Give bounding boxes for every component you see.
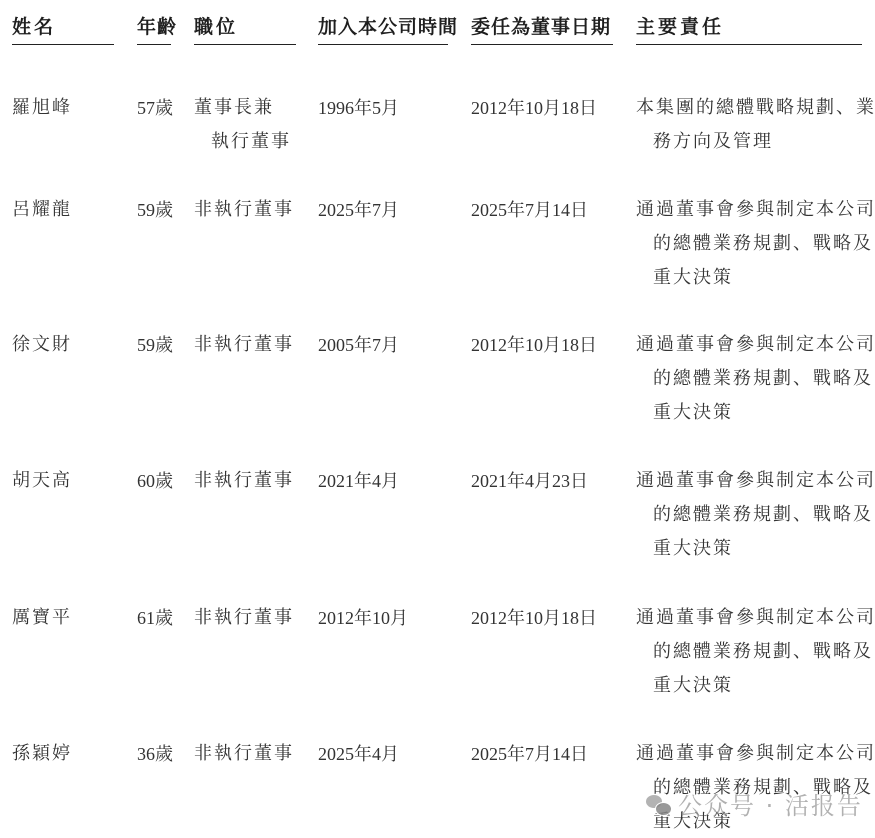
header-name: 姓名	[12, 14, 114, 45]
cell-age: 36歲	[137, 737, 173, 771]
responsibility-line: 的總體業務規劃、戰略及	[636, 498, 875, 532]
cell-responsibilities: 通過董事會參與制定本公司 的總體業務規劃、戰略及 重大決策	[636, 328, 875, 430]
cell-appointed: 2012年10月18日	[471, 328, 597, 362]
cell-position: 非執行董事	[194, 328, 294, 362]
watermark-text: 公众号 · 活报告	[678, 792, 863, 820]
document-page: 姓名 年齡 職位 加入本公司時間 委任為董事日期 主要責任 羅旭峰 57歲 董事…	[0, 0, 875, 838]
cell-position: 董事長兼 執行董事	[194, 91, 291, 159]
cell-responsibilities: 通過董事會參與制定本公司 的總體業務規劃、戰略及 重大決策	[636, 464, 875, 566]
position-line: 執行董事	[194, 125, 291, 159]
cell-joined: 2005年7月	[318, 328, 399, 362]
cell-name: 厲寶平	[12, 601, 72, 635]
cell-name: 徐文財	[12, 328, 72, 362]
cell-age: 57歲	[137, 91, 173, 125]
watermark: 公众号 · 活报告	[646, 786, 863, 821]
responsibility-line: 的總體業務規劃、戰略及	[636, 635, 875, 669]
header-appointed: 委任為董事日期	[471, 14, 613, 45]
header-joined: 加入本公司時間	[318, 14, 448, 45]
position-line: 非執行董事	[194, 328, 294, 362]
cell-joined: 2012年10月	[318, 601, 408, 635]
cell-name: 胡天高	[12, 464, 72, 498]
position-line: 非執行董事	[194, 464, 294, 498]
cell-appointed: 2012年10月18日	[471, 91, 597, 125]
responsibility-line: 的總體業務規劃、戰略及	[636, 362, 875, 396]
cell-appointed: 2025年7月14日	[471, 737, 588, 771]
cell-age: 60歲	[137, 464, 173, 498]
position-line: 非執行董事	[194, 737, 294, 771]
cell-joined: 2025年7月	[318, 193, 399, 227]
cell-joined: 2021年4月	[318, 464, 399, 498]
cell-joined: 2025年4月	[318, 737, 399, 771]
cell-joined: 1996年5月	[318, 91, 399, 125]
cell-responsibilities: 通過董事會參與制定本公司 的總體業務規劃、戰略及 重大決策	[636, 193, 875, 295]
cell-position: 非執行董事	[194, 737, 294, 771]
cell-age: 59歲	[137, 193, 173, 227]
responsibility-line: 重大決策	[636, 532, 875, 566]
position-line: 非執行董事	[194, 193, 294, 227]
cell-position: 非執行董事	[194, 464, 294, 498]
responsibility-line: 通過董事會參與制定本公司	[636, 193, 875, 227]
cell-responsibilities: 通過董事會參與制定本公司 的總體業務規劃、戰略及 重大決策	[636, 601, 875, 703]
position-line: 非執行董事	[194, 601, 294, 635]
cell-appointed: 2025年7月14日	[471, 193, 588, 227]
cell-age: 59歲	[137, 328, 173, 362]
responsibility-line: 重大決策	[636, 669, 875, 703]
responsibility-line: 通過董事會參與制定本公司	[636, 601, 875, 635]
header-age: 年齡	[137, 14, 171, 45]
cell-name: 孫穎婷	[12, 737, 72, 771]
header-position: 職位	[194, 14, 296, 45]
position-line: 董事長兼	[194, 91, 291, 125]
responsibility-line: 重大決策	[636, 396, 875, 430]
cell-appointed: 2021年4月23日	[471, 464, 588, 498]
cell-position: 非執行董事	[194, 601, 294, 635]
wechat-icon	[646, 795, 672, 817]
responsibility-line: 務方向及管理	[636, 125, 875, 159]
cell-name: 呂耀龍	[12, 193, 72, 227]
cell-position: 非執行董事	[194, 193, 294, 227]
cell-age: 61歲	[137, 601, 173, 635]
responsibility-line: 本集團的總體戰略規劃、業	[636, 91, 875, 125]
responsibility-line: 重大決策	[636, 261, 875, 295]
responsibility-line: 的總體業務規劃、戰略及	[636, 227, 875, 261]
header-responsibilities: 主要責任	[636, 14, 862, 45]
cell-name: 羅旭峰	[12, 91, 72, 125]
cell-appointed: 2012年10月18日	[471, 601, 597, 635]
responsibility-line: 通過董事會參與制定本公司	[636, 737, 875, 771]
responsibility-line: 通過董事會參與制定本公司	[636, 328, 875, 362]
cell-responsibilities: 本集團的總體戰略規劃、業 務方向及管理	[636, 91, 875, 159]
responsibility-line: 通過董事會參與制定本公司	[636, 464, 875, 498]
